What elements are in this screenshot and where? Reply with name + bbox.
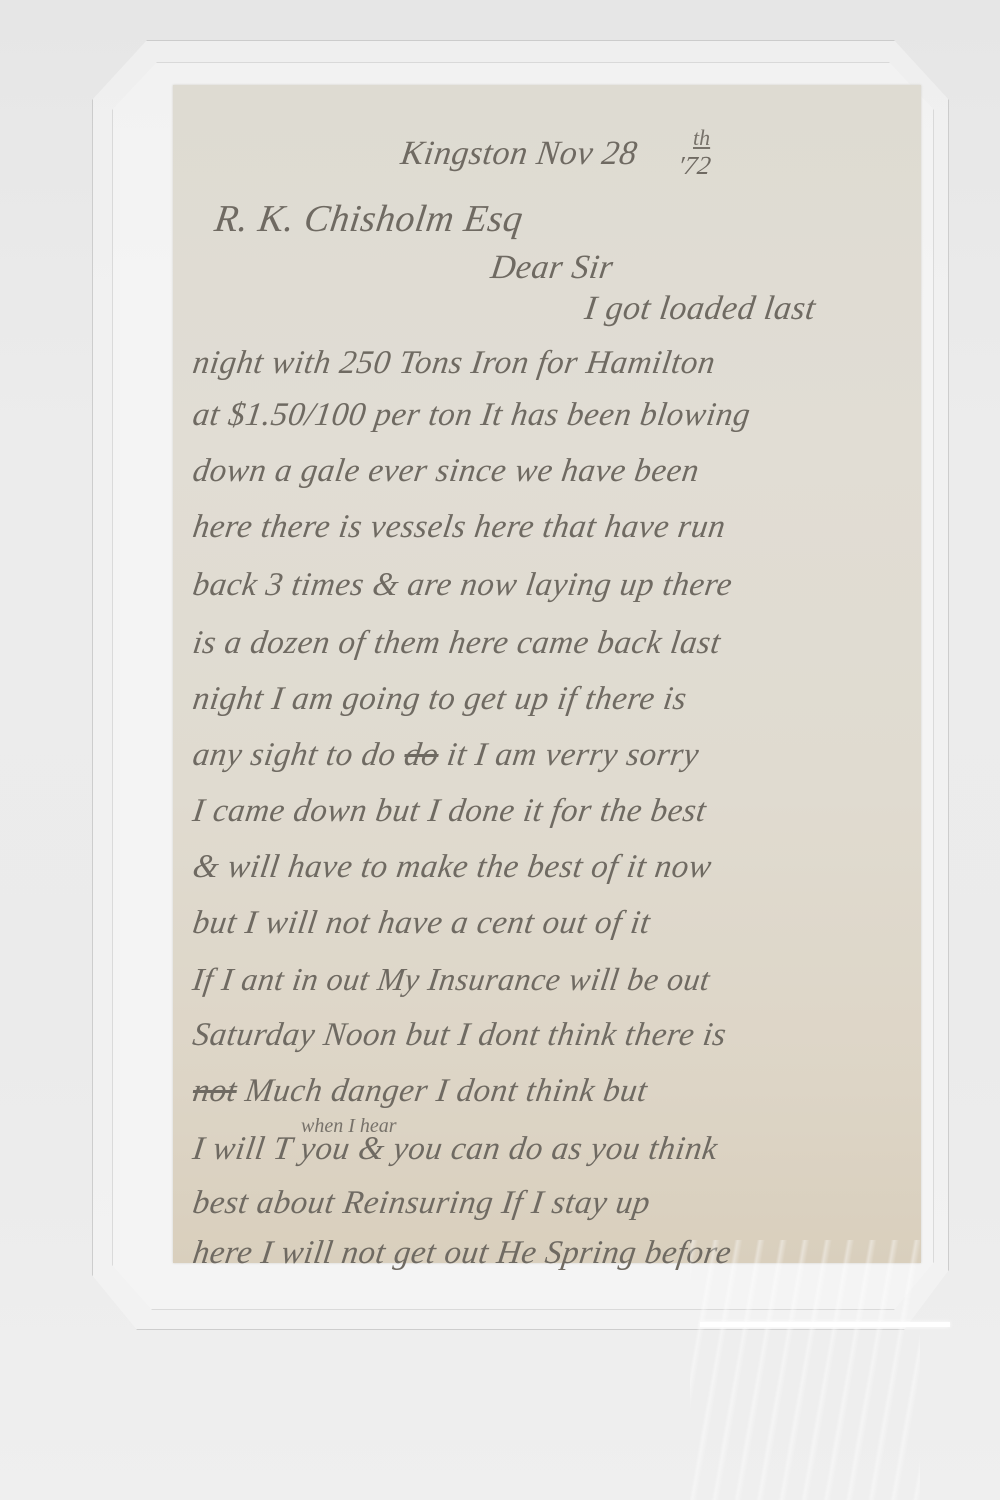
sleeve-glare-highlight [700, 1322, 950, 1327]
line-9-end: it I am verry sorry [445, 737, 702, 773]
letter-year: '72 [676, 151, 713, 181]
body-line-7: is a dozen of them here came back last [190, 625, 723, 662]
body-line-12: but I will not have a cent out of it [190, 905, 652, 942]
salutation: Dear Sir [488, 249, 615, 287]
body-line-8: night I am going to get up if there is [190, 681, 689, 718]
body-line-3: at $1.50/100 per ton It has been blowing [190, 397, 752, 434]
place-date: Kingston Nov 28 [398, 135, 639, 173]
struck-word: do [402, 737, 441, 773]
sleeve-glare [690, 1240, 920, 1500]
letter-paper: Kingston Nov 28 th '72 R. K. Chisholm Es… [173, 85, 921, 1263]
struck-word: not [191, 1073, 240, 1109]
place-date-text: Kingston Nov 28 [398, 135, 639, 172]
line-16-end: you & you can do as you think [298, 1131, 720, 1167]
body-line-5: here there is vessels here that have run [190, 509, 727, 546]
body-line-14: Saturday Noon but I dont think there is [190, 1017, 728, 1054]
body-line-17: best about Reinsuring If I stay up [190, 1185, 652, 1222]
addressee: R. K. Chisholm Esq [212, 197, 526, 241]
body-line-6: back 3 times & are now laying up there [190, 567, 734, 604]
body-line-2: night with 250 Tons Iron for Hamilton [190, 345, 717, 382]
body-line-18: here I will not get out He Spring before [190, 1235, 733, 1272]
line-9-start: any sight to do [191, 737, 399, 773]
body-line-13: If I ant in out My Insurance will be out [190, 961, 712, 998]
body-line-10: I came down but I done it for the best [190, 793, 708, 830]
body-line-4: down a gale ever since we have been [190, 453, 701, 490]
date-superscript: th [693, 125, 710, 151]
line-16-start: I will T [191, 1131, 295, 1167]
body-line-15: not Much danger I dont think but [190, 1073, 649, 1110]
body-line-11: & will have to make the best of it now [190, 849, 714, 886]
body-line-9: any sight to do do it I am verry sorry [190, 737, 701, 774]
line-15-text: Much danger I dont think but [243, 1073, 650, 1109]
body-line-16: I will T you & you can do as you think [190, 1131, 720, 1168]
body-line-1: I got loaded last [582, 290, 818, 328]
